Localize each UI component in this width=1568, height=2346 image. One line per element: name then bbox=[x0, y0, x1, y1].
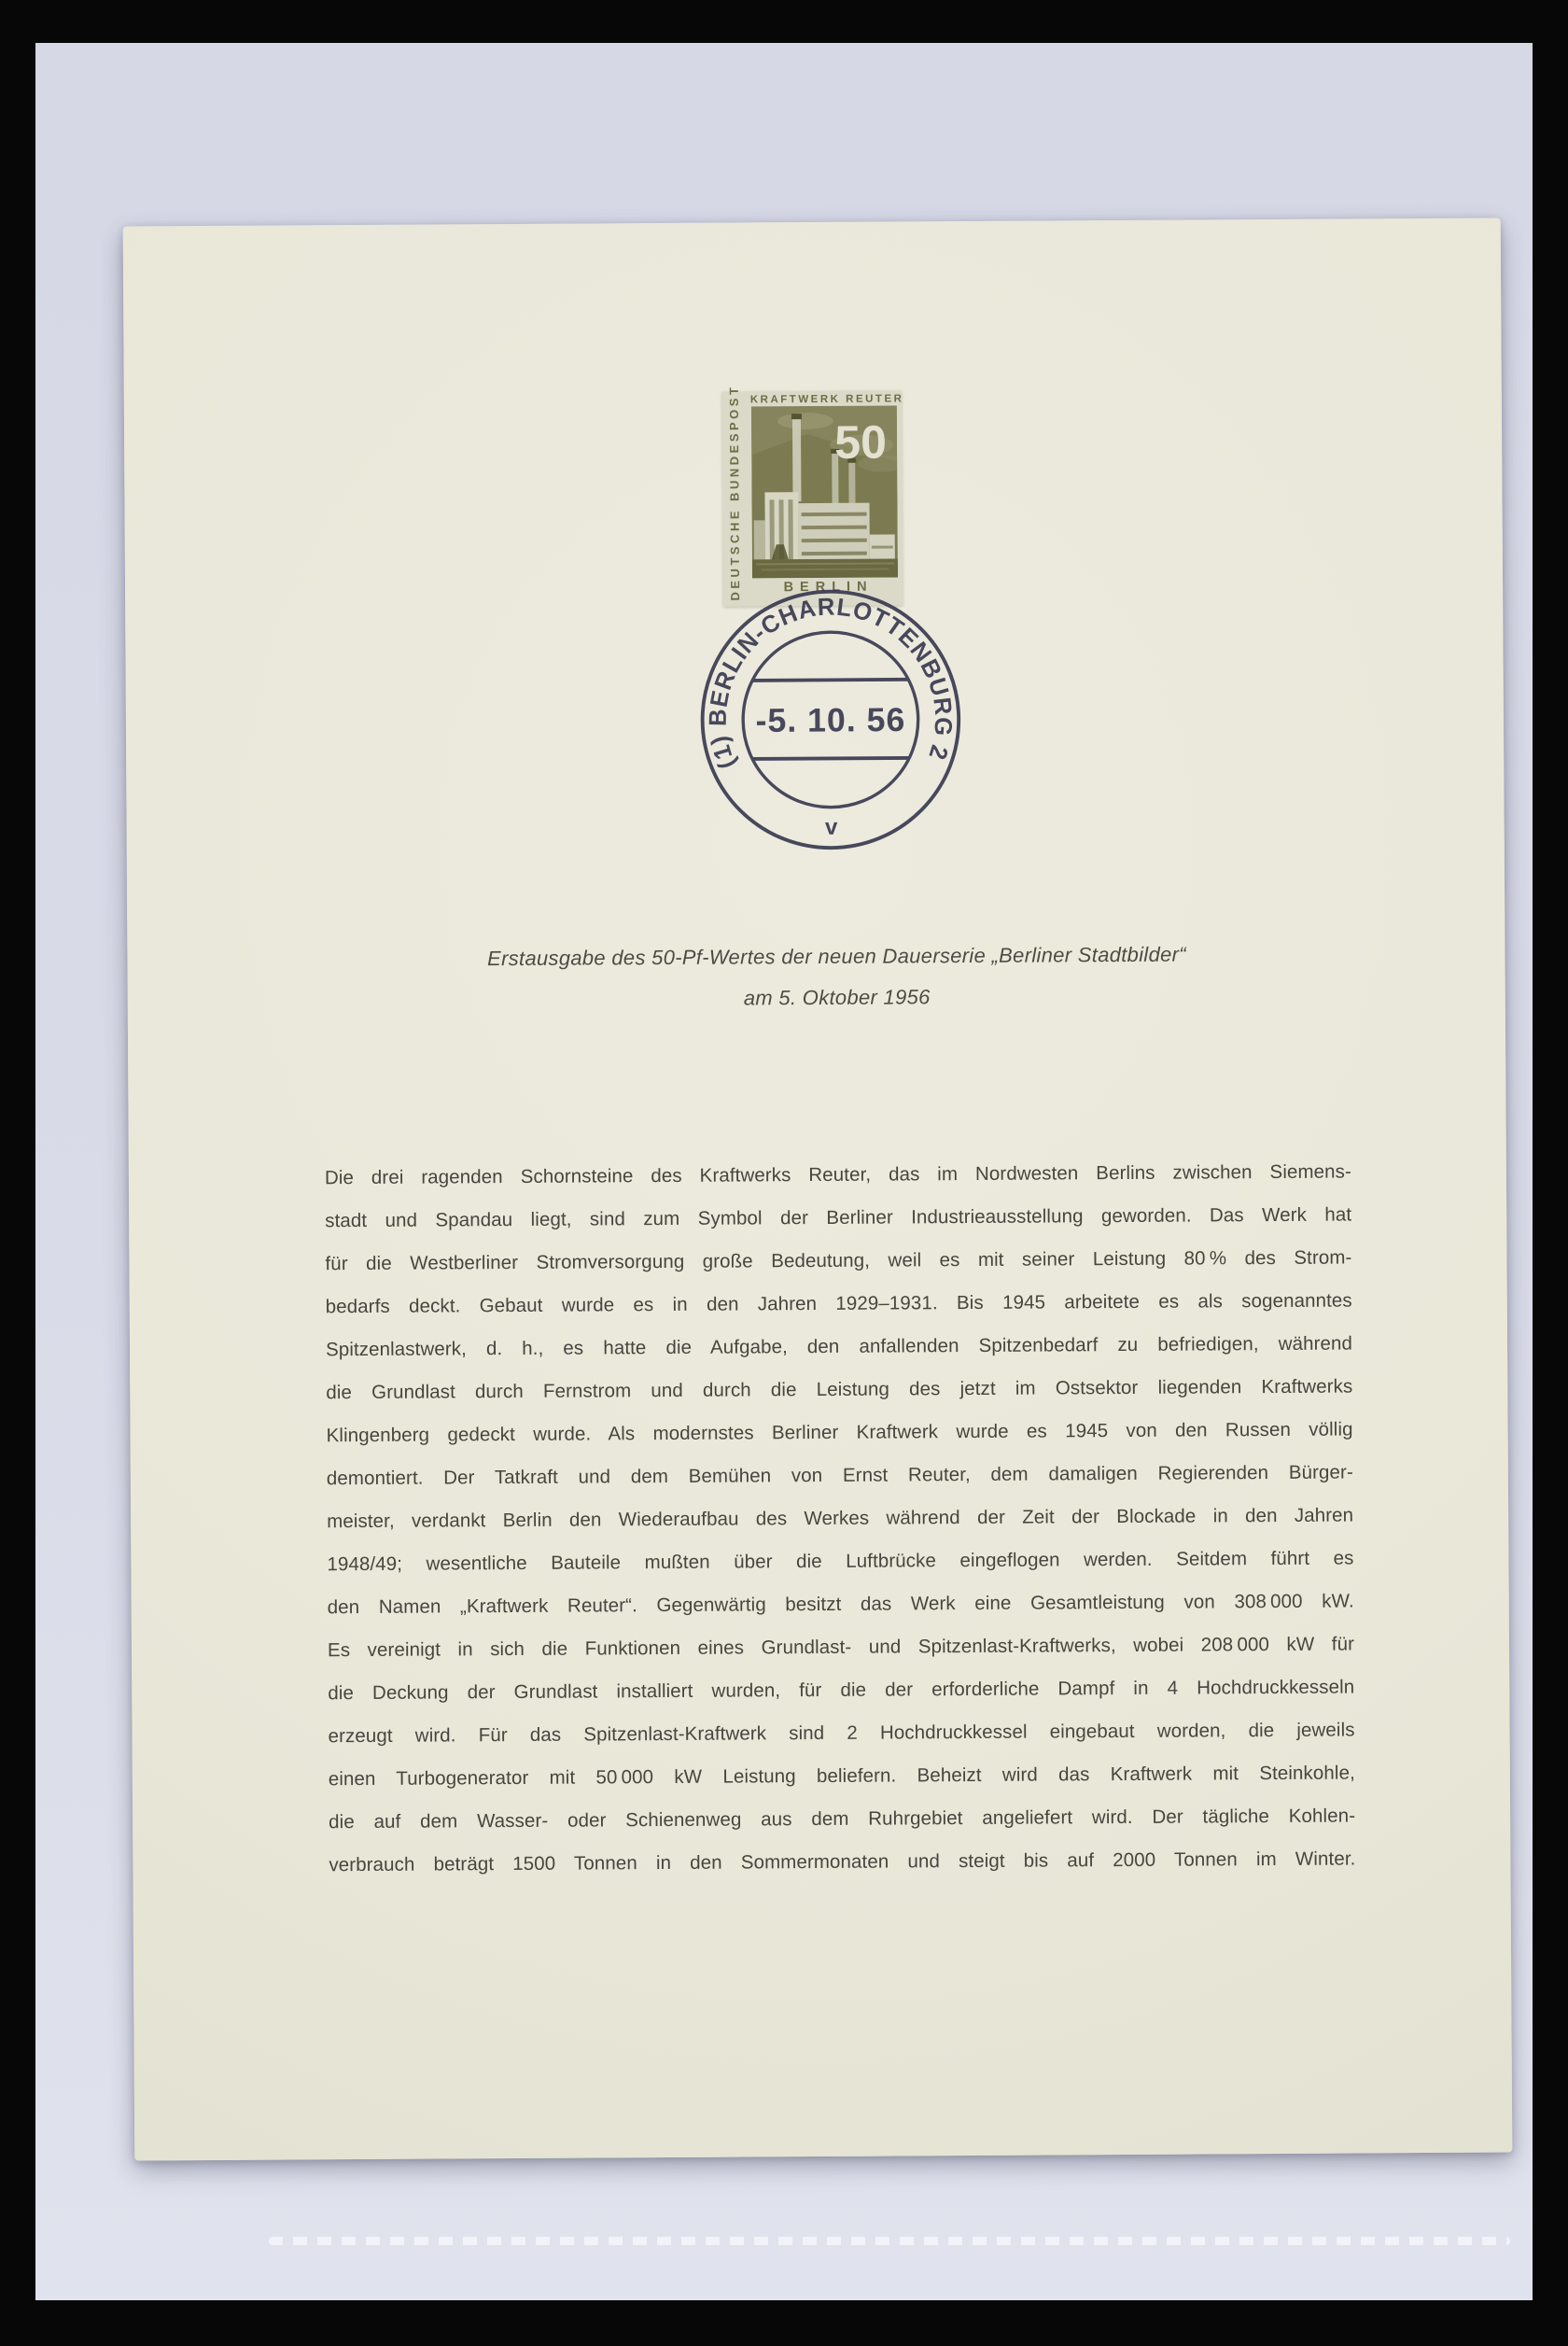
scanner-bed: KRAFTWERK REUTER DEUTSCHE BUNDESPOST bbox=[35, 43, 1533, 2300]
caption-line-2: am 5. Oktober 1956 bbox=[259, 980, 1416, 1016]
caption: Erstausgabe des 50-Pf-Wertes der neuen D… bbox=[258, 939, 1415, 1016]
body-line: Es vereinigt in sich die Funktionen eine… bbox=[328, 1623, 1354, 1672]
postage-stamp: KRAFTWERK REUTER DEUTSCHE BUNDESPOST bbox=[722, 390, 903, 606]
scan-artifact-dashes bbox=[269, 2237, 1510, 2245]
body-paragraph: Die drei ragenden Schornsteine des Kraft… bbox=[325, 1151, 1356, 1888]
stamp-denomination: 50 bbox=[834, 416, 887, 469]
stamp-title: KRAFTWERK REUTER bbox=[750, 393, 898, 405]
body-line: 1948/49; wesentliche Bauteile mußten übe… bbox=[327, 1537, 1353, 1586]
postmark-letter: v bbox=[825, 815, 838, 840]
postmark-ring-text: (1) BERLIN-CHARLOTTENBURG 2 bbox=[703, 592, 959, 774]
body-line: erzeugt wird. Für das Spitzenlast-Kraftw… bbox=[328, 1708, 1354, 1758]
postmark: (1) BERLIN-CHARLOTTENBURG 2 -5. 10. 56 v bbox=[694, 583, 967, 856]
body-line: die Deckung der Grundlast installiert wu… bbox=[328, 1665, 1354, 1715]
body-line: Die drei ragenden Schornsteine des Kraft… bbox=[325, 1151, 1351, 1201]
stamp-illustration: 50 bbox=[751, 405, 898, 578]
body-line: stadt und Spandau liegt, sind zum Symbol… bbox=[325, 1194, 1351, 1243]
caption-line-1: Erstausgabe des 50-Pf-Wertes der neuen D… bbox=[258, 939, 1415, 975]
body-line: die Grundlast durch Fernstrom und durch … bbox=[326, 1366, 1352, 1415]
body-line: bedarfs deckt. Gebaut wurde es in den Ja… bbox=[326, 1280, 1352, 1329]
body-line: für die Westberliner Stromversorgung gro… bbox=[325, 1237, 1351, 1286]
stamp-issuer: DEUTSCHE BUNDESPOST bbox=[727, 408, 750, 600]
body-line: demontiert. Der Tatkraft und dem Bemühen… bbox=[327, 1452, 1353, 1501]
body-line: Spitzenlastwerk, d. h., es hatte die Auf… bbox=[326, 1323, 1352, 1372]
body-line: den Namen „Kraftwerk Reuter“. Gegenwärti… bbox=[328, 1580, 1354, 1629]
body-line: die auf dem Wasser- oder Schienenweg aus… bbox=[329, 1794, 1355, 1844]
body-line: einen Turbogenerator mit 50 000 kW Leist… bbox=[329, 1751, 1355, 1801]
postmark-date: -5. 10. 56 bbox=[755, 701, 905, 739]
paper-sheet: KRAFTWERK REUTER DEUTSCHE BUNDESPOST bbox=[123, 218, 1513, 2161]
body-line: Klingenberg gedeckt wurde. Als modernste… bbox=[326, 1409, 1352, 1458]
body-line: meister, verdankt Berlin den Wiederaufba… bbox=[327, 1494, 1353, 1543]
body-line: verbrauch beträgt 1500 Tonnen in den Som… bbox=[329, 1837, 1355, 1887]
svg-text:(1) BERLIN-CHARLOTTENBURG 2: (1) BERLIN-CHARLOTTENBURG 2 bbox=[703, 592, 959, 774]
